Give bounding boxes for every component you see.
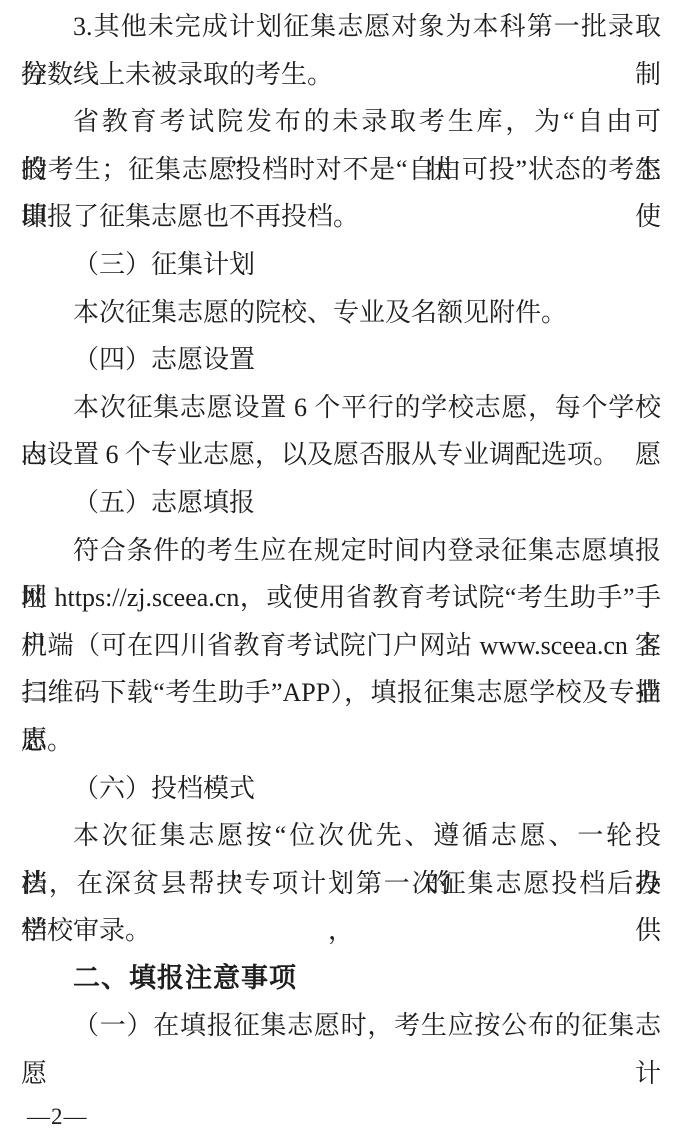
document-body: 3.其他未完成计划征集志愿对象为本科第一批录取控制 分数线上未被录取的考生。 省…: [21, 3, 661, 1050]
text-line: 法，在深贫县帮扶专项计划第一次征集志愿投档后投档，供: [21, 860, 661, 908]
section-heading: （六）投档模式: [21, 765, 661, 813]
text-line: 户端（可在四川省教育考试院门户网站 www.sceea.cn 上扫描: [21, 622, 661, 670]
page-number: —2—: [27, 1102, 88, 1132]
text-line: 本次征集志愿设置 6 个平行的学校志愿，每个学校志愿: [21, 384, 661, 432]
text-line: 愿。: [21, 717, 661, 765]
document-page: 3.其他未完成计划征集志愿对象为本科第一批录取控制 分数线上未被录取的考生。 省…: [0, 0, 680, 1146]
text-line: 3.其他未完成计划征集志愿对象为本科第一批录取控制: [21, 3, 661, 51]
text-line: 省教育考试院发布的未录取考生库，为“自由可投”状态: [21, 98, 661, 146]
text-line: 本次征集志愿的院校、专业及名额见附件。: [21, 289, 661, 337]
text-line: 内设置 6 个专业志愿，以及愿否服从专业调配选项。: [21, 431, 661, 479]
text-line: 本次征集志愿按“位次优先、遵循志愿、一轮投档”的办: [21, 812, 661, 860]
section-heading-bold: 二、填报注意事项: [21, 955, 661, 1003]
text-line: 的考生；征集志愿投档时对不是“自由可投”状态的考生即使: [21, 146, 661, 194]
text-line: 符合条件的考生应在规定时间内登录征集志愿填报网: [21, 527, 661, 575]
text-line: 二维码下载“考生助手”APP），填报征集志愿学校及专业志: [21, 669, 661, 717]
section-heading: （五）志愿填报: [21, 479, 661, 527]
section-heading: （三）征集计划: [21, 241, 661, 289]
text-line: 址 https://zj.sceea.cn，或使用省教育考试院“考生助手”手机客: [21, 574, 661, 622]
section-heading: （四）志愿设置: [21, 336, 661, 384]
text-line: （一）在填报征集志愿时，考生应按公布的征集志愿计: [21, 1002, 661, 1050]
